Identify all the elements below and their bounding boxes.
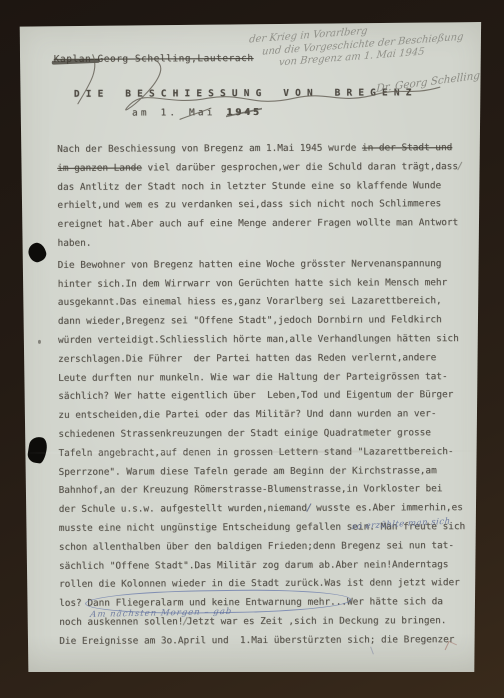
typed-line: hinter sich.In dem Wirrwarr von Gerüchte… — [58, 274, 464, 295]
typed-line: Nach der Beschiessung von Bregenz am 1.M… — [57, 139, 463, 160]
typed-line: haben. — [58, 233, 464, 254]
typed-line: würden verteidigt.Schliesslich hörte man… — [58, 330, 464, 351]
typed-segment-s: im ganzen Lande — [57, 162, 142, 173]
typed-segment: ereignet hat.Aber auch auf eine Menge an… — [57, 217, 458, 230]
typed-segment: würden verteidigt.Schliesslich hörte man… — [58, 333, 459, 346]
typed-segment: der Schule u.s.w. aufgestellt wurden,nie… — [59, 503, 307, 515]
typed-segment: hinter sich.In dem Wirrwarr von Gerüchte… — [58, 277, 447, 290]
typed-segment: Bahnhof,an der Kreuzung Römerstrasse-Blu… — [59, 484, 443, 497]
typed-line: Die Bewohner von Bregenz hatten eine Woc… — [58, 255, 464, 276]
typed-line: ereignet hat.Aber auch auf eine Menge an… — [57, 214, 463, 235]
typed-body: Nach der Beschiessung von Bregenz am 1.M… — [57, 139, 466, 651]
margin-pencil-dot — [38, 340, 41, 344]
typed-line: Leute durften nur munkeln. Wie war die H… — [58, 368, 464, 389]
typed-line: sächlich "Offene Stadt".Das Militär zog … — [59, 556, 465, 577]
typed-line: im ganzen Lande viel darüber gesprochen,… — [57, 158, 463, 179]
typed-segment: wusste es.Aber immerhin,es — [310, 502, 462, 514]
typed-segment: Die Bewohner von Bregenz hatten eine Woc… — [58, 258, 442, 271]
typed-segment: Die Ereignisse am 3o.April und 1.Mai übe… — [59, 634, 454, 647]
typed-segment: schon allenthalben über den baldigen Fri… — [59, 540, 454, 553]
typed-segment: haben. — [58, 238, 92, 249]
typed-segment: zu entscheiden,die Partei oder das Milit… — [58, 408, 436, 421]
typed-line: ausgekannt.Das einemal hiess es,ganz Vor… — [58, 292, 464, 313]
typed-segment: Leute durften nur munkeln. Wie war die H… — [58, 371, 447, 384]
typed-line: Die Ereignisse am 3o.April und 1.Mai übe… — [59, 631, 465, 652]
document-page: Kaplan Georg Schelling,Lauterach DIE BES… — [20, 22, 485, 674]
typed-segment: Sperrzone". Warum diese Tafeln gerade am… — [59, 465, 437, 478]
typed-segment-pencil: / — [458, 161, 461, 172]
typed-segment: sächlich "Offene Stadt".Das Militär zog … — [59, 559, 448, 572]
typed-segment: viel darüber gesprochen,wer die Schuld d… — [142, 161, 458, 173]
typed-line: der Schule u.s.w. aufgestellt wurden,nie… — [59, 499, 465, 520]
typed-segment: erhielt,und wem es zu verdanken sei,dass… — [57, 199, 441, 212]
typed-segment: zerschlagen.Die Führer der Partei hatten… — [58, 352, 436, 365]
typed-segment: dann wieder,Bregenz sei "Offene Stadt",j… — [58, 314, 442, 327]
typed-line: schiedenen Strassenkreuzungen der Stadt … — [58, 424, 464, 445]
pencil-annotation-top-right: der Krieg in Vorarlbergund die Vorgeschi… — [249, 19, 465, 72]
typed-segment: das Antlitz der Stadt noch in letzter St… — [57, 180, 441, 193]
typed-segment: schiedenen Strassenkreuzungen der Stadt … — [58, 427, 431, 440]
typed-segment: rollen die Kolonnen wieder in die Stadt … — [59, 577, 460, 590]
typed-line: zerschlagen.Die Führer der Partei hatten… — [58, 349, 464, 370]
typed-segment: Nach der Beschiessung von Bregenz am 1.M… — [57, 143, 362, 155]
paragraph-1: Nach der Beschiessung von Bregenz am 1.M… — [57, 139, 464, 254]
hole-punch-bottom — [27, 436, 49, 464]
document-subtitle: am 1. Mai 1945 — [132, 107, 262, 119]
typed-line: zu entscheiden,die Partei oder das Milit… — [58, 405, 464, 426]
typed-line: das Antlitz der Stadt noch in letzter St… — [57, 177, 463, 198]
typed-line: erhielt,und wem es zu verdanken sei,dass… — [57, 195, 463, 216]
pencil-signature: Dr. Georg Schelling — [376, 70, 480, 95]
subtitle-text: am 1. Mai — [132, 107, 227, 118]
typed-segment-s: in der Stadt und — [362, 142, 452, 153]
typed-segment: ausgekannt.Das einemal hiess es,ganz Vor… — [58, 296, 442, 309]
typed-line: Bahnhof,an der Kreuzung Römerstrasse-Blu… — [59, 480, 465, 501]
document-title: DIE BESCHIESSUNG VON BREGENZ — [74, 87, 418, 99]
subtitle-year-overstruck: 1945 — [226, 107, 261, 118]
typed-line: schon allenthalben über den baldigen Fri… — [59, 537, 465, 558]
typed-line: Sperrzone". Warum diese Tafeln gerade am… — [59, 462, 465, 483]
hole-punch-top — [26, 241, 49, 265]
typed-segment: sächlich? Wer hatte eigentlich über Lebe… — [58, 389, 453, 402]
typed-line: sächlich? Wer hatte eigentlich über Lebe… — [58, 386, 464, 407]
typed-line: dann wieder,Bregenz sei "Offene Stadt",j… — [58, 311, 464, 332]
